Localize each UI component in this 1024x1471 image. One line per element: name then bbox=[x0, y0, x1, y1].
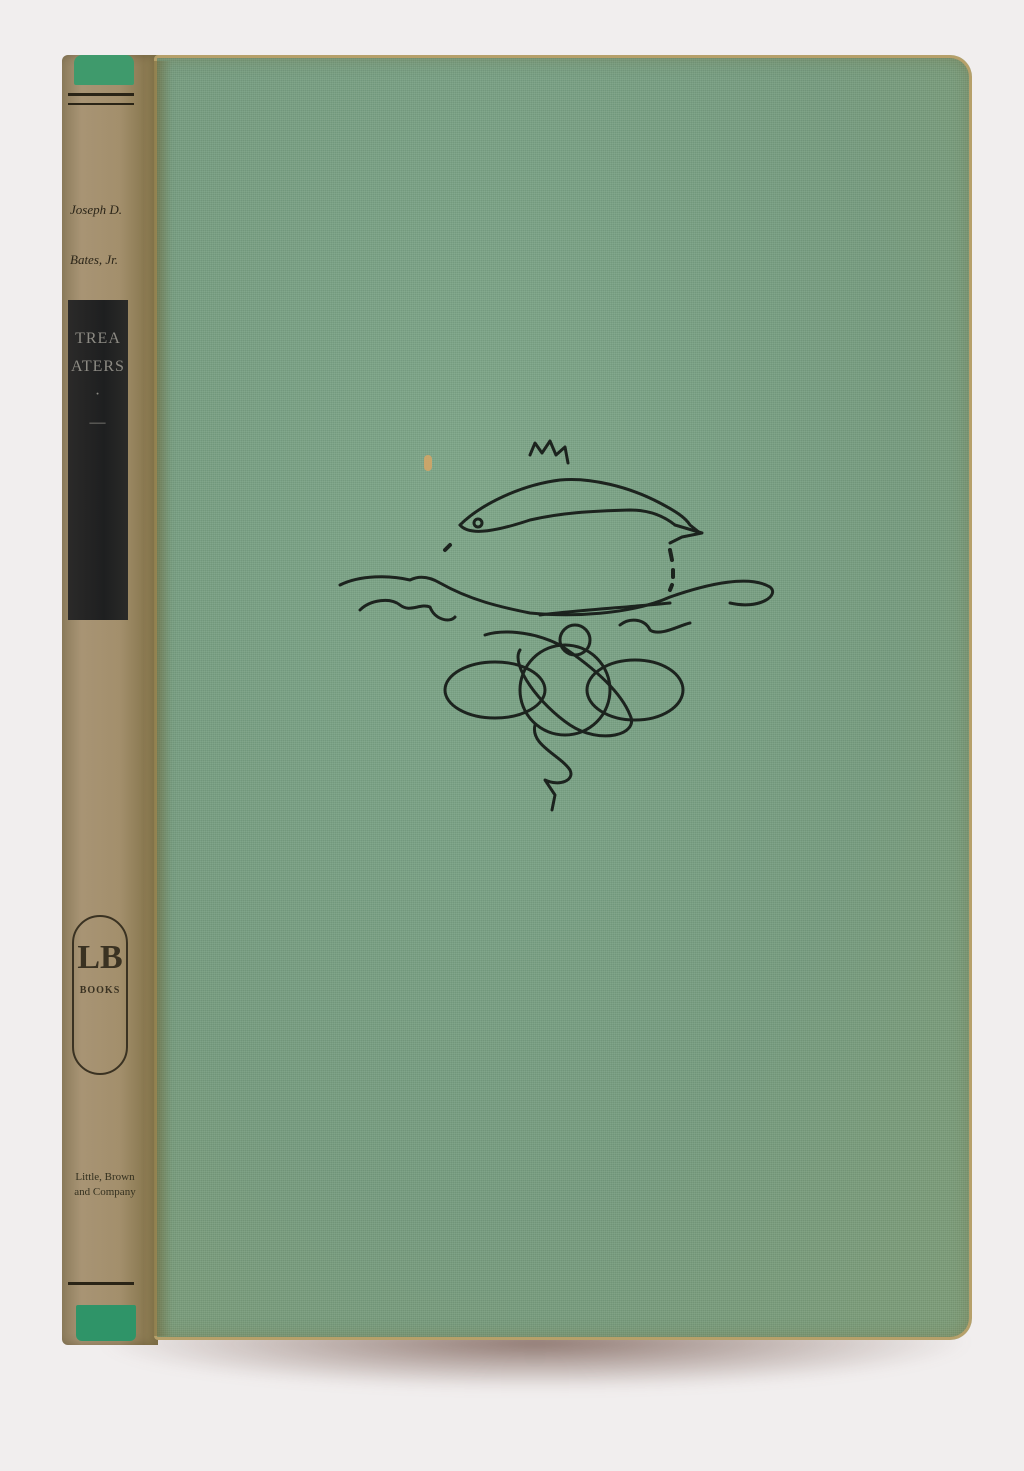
publisher-line-2: and Company bbox=[72, 1185, 138, 1200]
publisher-line-1: Little, Brown bbox=[72, 1170, 138, 1185]
cover-hinge bbox=[154, 61, 172, 1336]
spine-title-line: — bbox=[68, 414, 128, 432]
spine-rule-top-2 bbox=[68, 103, 134, 105]
spine-title-line: · bbox=[68, 386, 128, 404]
spine-title-line: ATERS bbox=[68, 358, 128, 376]
spine-endcap-top bbox=[74, 55, 134, 85]
book-spine: Joseph D. Bates, Jr. TREA ATERS · — LB B… bbox=[62, 55, 158, 1345]
spine-rule-top bbox=[68, 93, 134, 96]
fish-emblem-icon bbox=[330, 425, 790, 825]
spine-rule-bottom bbox=[68, 1282, 134, 1285]
spine-title-line: TREA bbox=[68, 330, 128, 348]
spine-publisher: Little, Brown and Company bbox=[72, 1170, 138, 1201]
spine-title-label: TREA ATERS · — bbox=[68, 300, 128, 620]
spine-endcap-bottom bbox=[76, 1305, 136, 1341]
spine-author-first: Joseph D. bbox=[70, 203, 136, 217]
publisher-logo: LB BOOKS bbox=[72, 915, 128, 1075]
spine-author-last: Bates, Jr. bbox=[70, 253, 136, 267]
publisher-logo-caption: BOOKS bbox=[74, 985, 126, 996]
publisher-logo-monogram: LB bbox=[77, 939, 122, 976]
